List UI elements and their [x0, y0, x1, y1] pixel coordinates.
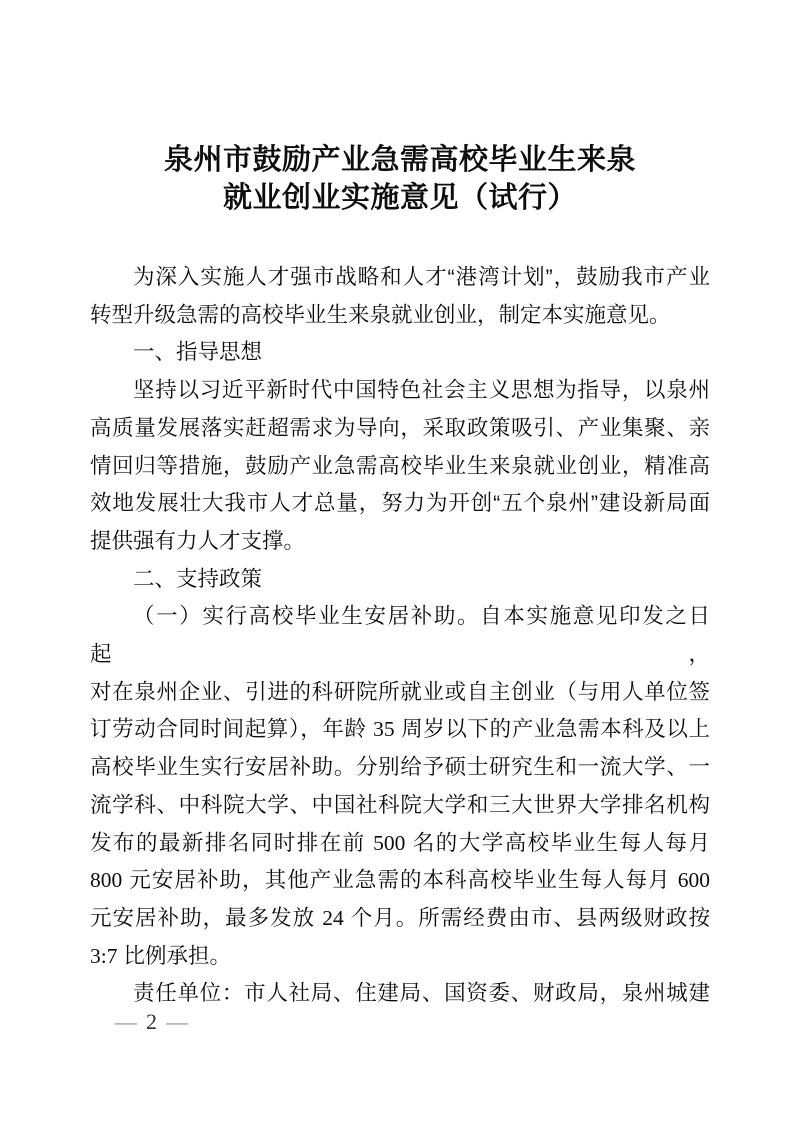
doc-line: 高校毕业生实行安居补助。分别给予硕士研究生和一流大学、一 [90, 749, 710, 787]
doc-line: 提供强有力人才支撑。 [90, 523, 710, 561]
paragraph-heading-2: 二、支持政策 [90, 561, 710, 599]
doc-line: 为深入实施人才强市战略和人才“港湾计划”，鼓励我市产业 [90, 259, 710, 297]
doc-line: 订劳动合同时间起算），年龄 35 周岁以下的产业急需本科及以上 [90, 711, 710, 749]
document-title-line-2: 就业创业实施意见（试行） [90, 179, 710, 217]
paragraph-guiding-thought: 坚持以习近平新时代中国特色社会主义思想为指导，以泉州 高质量发展落实赶超需求为导… [90, 372, 710, 561]
footer-right-dash: — [166, 1009, 188, 1034]
doc-line: 发布的最新排名同时排在前 500 名的大学高校毕业生每人每月 [90, 825, 710, 863]
section-heading: 一、指导思想 [90, 334, 710, 372]
doc-line: 效地发展壮大我市人才总量，努力为开创“五个泉州”建设新局面 [90, 485, 710, 523]
doc-line: 800 元安居补助，其他产业急需的本科高校毕业生每人每月 600 [90, 862, 710, 900]
paragraph-subsidy-policy: （一）实行高校毕业生安居补助。自本实施意见印发之日起， 对在泉州企业、引进的科研… [90, 598, 710, 975]
document-title: 泉州市鼓励产业急需高校毕业生来泉 就业创业实施意见（试行） [90, 141, 710, 217]
doc-line: 元安居补助，最多发放 24 个月。所需经费由市、县两级财政按 [90, 900, 710, 938]
paragraph-intro: 为深入实施人才强市战略和人才“港湾计划”，鼓励我市产业 转型升级急需的高校毕业生… [90, 259, 710, 334]
doc-line: 流学科、中科院大学、中国社科院大学和三大世界大学排名机构 [90, 787, 710, 825]
doc-line: 转型升级急需的高校毕业生来泉就业创业，制定本实施意见。 [90, 297, 710, 335]
page-footer: —2— [110, 1007, 193, 1037]
document-page: 泉州市鼓励产业急需高校毕业生来泉 就业创业实施意见（试行） 为深入实施人才强市战… [0, 0, 793, 1122]
section-heading: 二、支持政策 [90, 561, 710, 599]
doc-line: 对在泉州企业、引进的科研院所就业或自主创业（与用人单位签 [90, 674, 710, 712]
doc-line: 高质量发展落实赶超需求为导向，采取政策吸引、产业集聚、亲 [90, 410, 710, 448]
doc-line: 坚持以习近平新时代中国特色社会主义思想为指导，以泉州 [90, 372, 710, 410]
paragraph-heading-1: 一、指导思想 [90, 334, 710, 372]
doc-line: 3:7 比例承担。 [90, 938, 710, 976]
doc-line: 情回归等措施，鼓励产业急需高校毕业生来泉就业创业，精准高 [90, 448, 710, 486]
page-number: 2 [146, 1009, 157, 1034]
document-content: 泉州市鼓励产业急需高校毕业生来泉 就业创业实施意见（试行） 为深入实施人才强市战… [90, 141, 710, 1013]
doc-line: （一）实行高校毕业生安居补助。自本实施意见印发之日起， [90, 598, 710, 673]
document-title-line-1: 泉州市鼓励产业急需高校毕业生来泉 [90, 141, 710, 179]
document-body: 为深入实施人才强市战略和人才“港湾计划”，鼓励我市产业 转型升级急需的高校毕业生… [90, 259, 710, 1013]
footer-left-dash: — [115, 1009, 137, 1034]
